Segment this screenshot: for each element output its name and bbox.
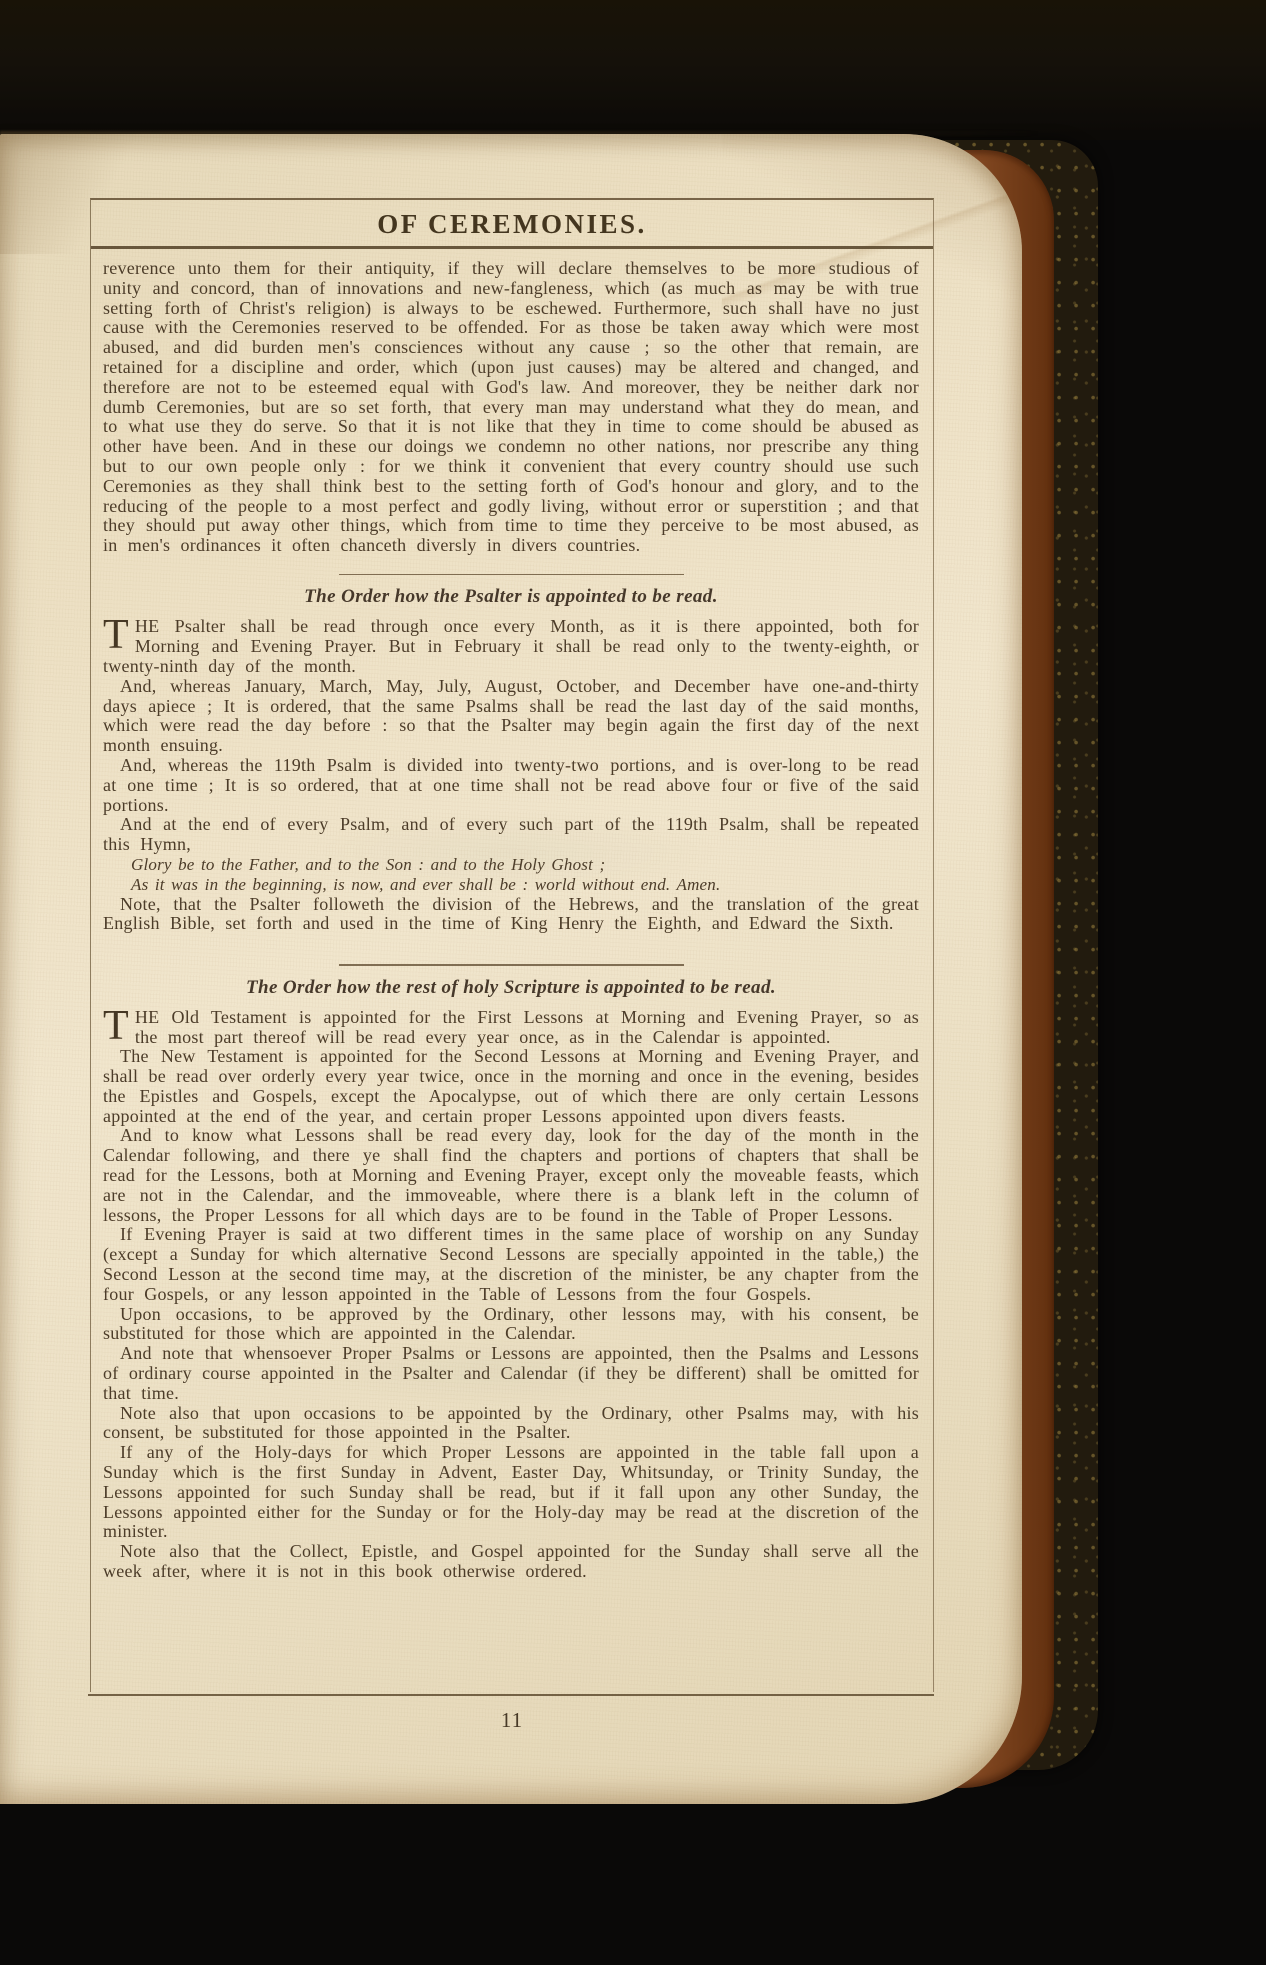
footer-rule	[88, 1694, 934, 1696]
section-heading-scripture: The Order how the rest of holy Scripture…	[103, 977, 919, 999]
scripture-paragraph: And to know what Lessons shall be read e…	[103, 1126, 919, 1225]
scripture-paragraph: If any of the Holy-days for which Proper…	[103, 1443, 919, 1542]
scripture-paragraph: And note that whensoever Proper Psalms o…	[103, 1344, 919, 1403]
section-heading-psalter: The Order how the Psalter is appointed t…	[103, 586, 919, 608]
scripture-paragraph: The New Testament is appointed for the S…	[103, 1047, 919, 1126]
psalter-paragraph: And, whereas the 119th Psalm is divided …	[103, 756, 919, 815]
scripture-paragraph: Upon occasions, to be approved by the Or…	[103, 1305, 919, 1345]
scripture-opening-text: HE Old Testament is appointed for the Fi…	[135, 1007, 919, 1047]
scan-background: { "doc": { "running_head": "OF CEREMONIE…	[0, 0, 1266, 1965]
scripture-paragraph: If Evening Prayer is said at two differe…	[103, 1225, 919, 1304]
book-top-shadow	[0, 0, 1266, 140]
hymn-line: As it was in the beginning, is now, and …	[131, 875, 919, 895]
hymn-line: Glory be to the Father, and to the Son :…	[131, 855, 919, 875]
text-frame: OF CEREMONIES. reverence unto them for t…	[90, 198, 934, 1692]
intro-paragraph: reverence unto them for their antiquity,…	[103, 259, 919, 556]
psalter-opening-paragraph: THE Psalter shall be read through once e…	[103, 617, 919, 676]
section-psalter: The Order how the Psalter is appointed t…	[103, 574, 919, 934]
drop-cap-initial: T	[103, 1008, 135, 1043]
section-divider	[339, 574, 684, 576]
scripture-paragraph: Note also that the Collect, Epistle, and…	[103, 1542, 919, 1582]
psalter-paragraph: And, whereas January, March, May, July, …	[103, 677, 919, 756]
scripture-opening-paragraph: THE Old Testament is appointed for the F…	[103, 1008, 919, 1048]
section-scripture: The Order how the rest of holy Scripture…	[103, 964, 919, 1582]
drop-cap-initial: T	[103, 617, 135, 652]
psalter-note-paragraph: Note, that the Psalter followeth the div…	[103, 895, 919, 935]
page-number: 11	[90, 1708, 934, 1733]
scripture-paragraph: Note also that upon occasions to be appo…	[103, 1404, 919, 1444]
section-divider	[339, 964, 684, 966]
running-head: OF CEREMONIES.	[91, 200, 933, 249]
page-content: reverence unto them for their antiquity,…	[91, 249, 933, 1582]
psalter-paragraph: And at the end of every Psalm, and of ev…	[103, 815, 919, 855]
psalter-opening-text: HE Psalter shall be read through once ev…	[103, 616, 919, 676]
book-page: OF CEREMONIES. reverence unto them for t…	[0, 134, 1022, 1804]
